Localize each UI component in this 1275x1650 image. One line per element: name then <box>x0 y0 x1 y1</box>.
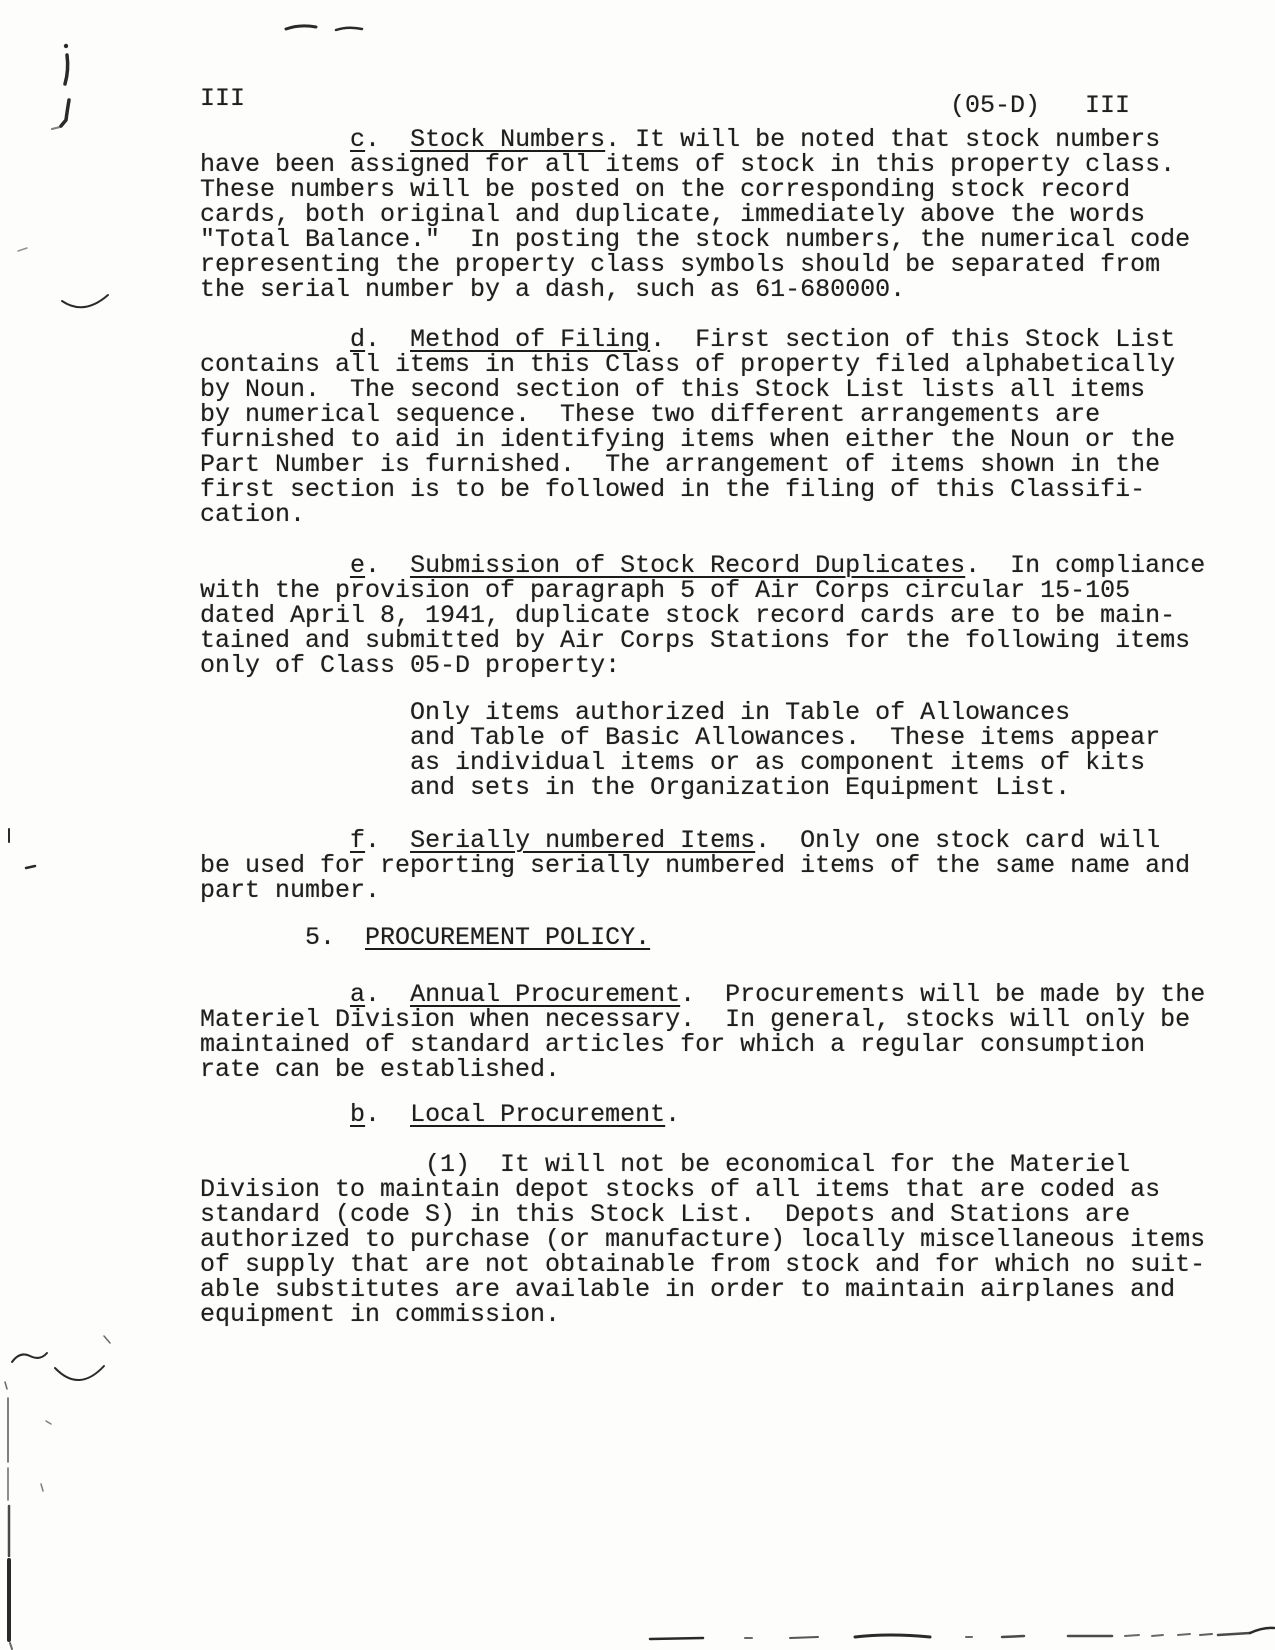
scanned-document-page: III (05-D) III c. Stock Numbers. It will… <box>0 0 1275 1650</box>
text-line: equipment in commission. <box>200 1302 1205 1327</box>
text-line: f. Serially numbered Items. Only one sto… <box>200 828 1190 853</box>
text-line: tained and submitted by Air Corps Statio… <box>200 628 1205 653</box>
text-line: Division to maintain depot stocks of all… <box>200 1177 1205 1202</box>
text-line: contains all items in this Class of prop… <box>200 352 1175 377</box>
heading-b-local-procurement: b. Local Procurement. <box>200 1102 680 1127</box>
text-line: standard (code S) in this Stock List. De… <box>200 1202 1205 1227</box>
text-line: rate can be established. <box>200 1057 1205 1082</box>
text-line: Only items authorized in Table of Allowa… <box>200 700 1160 725</box>
text-line: dated April 8, 1941, duplicate stock rec… <box>200 603 1205 628</box>
margin-tally-dot <box>64 44 68 48</box>
margin-faint-dash <box>18 248 27 251</box>
text-line: be used for reporting serially numbered … <box>200 853 1190 878</box>
paragraph-e-submission-of-duplicates: e. Submission of Stock Record Duplicates… <box>200 553 1205 678</box>
top-dash-mark <box>336 28 362 30</box>
margin-small-dash <box>52 127 60 129</box>
page-number-left: III <box>200 86 245 111</box>
paragraph-d-method-of-filing: d. Method of Filing. First section of th… <box>200 327 1175 527</box>
text-line: cards, both original and duplicate, imme… <box>200 202 1190 227</box>
text-line: Part Number is furnished. The arrangemen… <box>200 452 1175 477</box>
text-line: and sets in the Organization Equipment L… <box>200 775 1160 800</box>
left-edge-fold-line <box>10 1643 12 1649</box>
paragraph-b1-local-procurement-detail: (1) It will not be economical for the Ma… <box>200 1152 1205 1327</box>
text-line: 5. PROCUREMENT POLICY. <box>200 925 650 950</box>
text-line: "Total Balance." In posting the stock nu… <box>200 227 1190 252</box>
text-line: by Noun. The second section of this Stoc… <box>200 377 1175 402</box>
text-line: cation. <box>200 502 1175 527</box>
text-line: e. Submission of Stock Record Duplicates… <box>200 553 1205 578</box>
heading-5-procurement-policy: 5. PROCUREMENT POLICY. <box>200 925 650 950</box>
text-line: furnished to aid in identifying items wh… <box>200 427 1175 452</box>
text-line: first section is to be followed in the f… <box>200 477 1175 502</box>
margin-speck <box>41 1484 43 1491</box>
text-line: d. Method of Filing. First section of th… <box>200 327 1175 352</box>
text-line: have been assigned for all items of stoc… <box>200 152 1190 177</box>
text-line: the serial number by a dash, such as 61-… <box>200 277 1190 302</box>
margin-squiggle-mark <box>12 1353 47 1362</box>
margin-tally-mark <box>65 55 68 84</box>
text-line: c. Stock Numbers. It will be noted that … <box>200 127 1190 152</box>
margin-down-arrow-mark <box>61 100 69 126</box>
page-number-right: (05-D) III <box>950 93 1130 118</box>
margin-speck <box>46 1421 51 1424</box>
text-line: only of Class 05-D property: <box>200 653 1205 678</box>
text-line: Materiel Division when necessary. In gen… <box>200 1007 1205 1032</box>
indented-note-table-of-allowances: Only items authorized in Table of Allowa… <box>200 700 1160 800</box>
margin-small-dash <box>26 866 35 868</box>
paragraph-a-annual-procurement: a. Annual Procurement. Procurements will… <box>200 982 1205 1082</box>
text-line: of supply that are not obtainable from s… <box>200 1252 1205 1277</box>
text-line: by numerical sequence. These two differe… <box>200 402 1175 427</box>
margin-arc-mark-lower <box>55 1366 104 1380</box>
text-line: with the provision of paragraph 5 of Air… <box>200 578 1205 603</box>
paragraph-c-stock-numbers: c. Stock Numbers. It will be noted that … <box>200 127 1190 302</box>
margin-tick-mark <box>5 1382 7 1389</box>
text-line: These numbers will be posted on the corr… <box>200 177 1190 202</box>
top-dash-mark <box>286 26 316 29</box>
margin-arc-mark-upper <box>62 295 108 307</box>
text-line: a. Annual Procurement. Procurements will… <box>200 982 1205 1007</box>
text-line: and Table of Basic Allowances. These ite… <box>200 725 1160 750</box>
margin-tick-mark <box>104 1336 110 1343</box>
text-line: (1) It will not be economical for the Ma… <box>200 1152 1205 1177</box>
text-line: part number. <box>200 878 1190 903</box>
text-line: b. Local Procurement. <box>200 1102 680 1127</box>
text-line: as individual items or as component item… <box>200 750 1160 775</box>
text-line: authorized to purchase (or manufacture) … <box>200 1227 1205 1252</box>
paragraph-f-serially-numbered-items: f. Serially numbered Items. Only one sto… <box>200 828 1190 903</box>
text-line: maintained of standard articles for whic… <box>200 1032 1205 1057</box>
text-line: representing the property class symbols … <box>200 252 1190 277</box>
text-line: able substitutes are available in order … <box>200 1277 1205 1302</box>
bottom-edge-smudge-dashes <box>650 1628 1274 1639</box>
